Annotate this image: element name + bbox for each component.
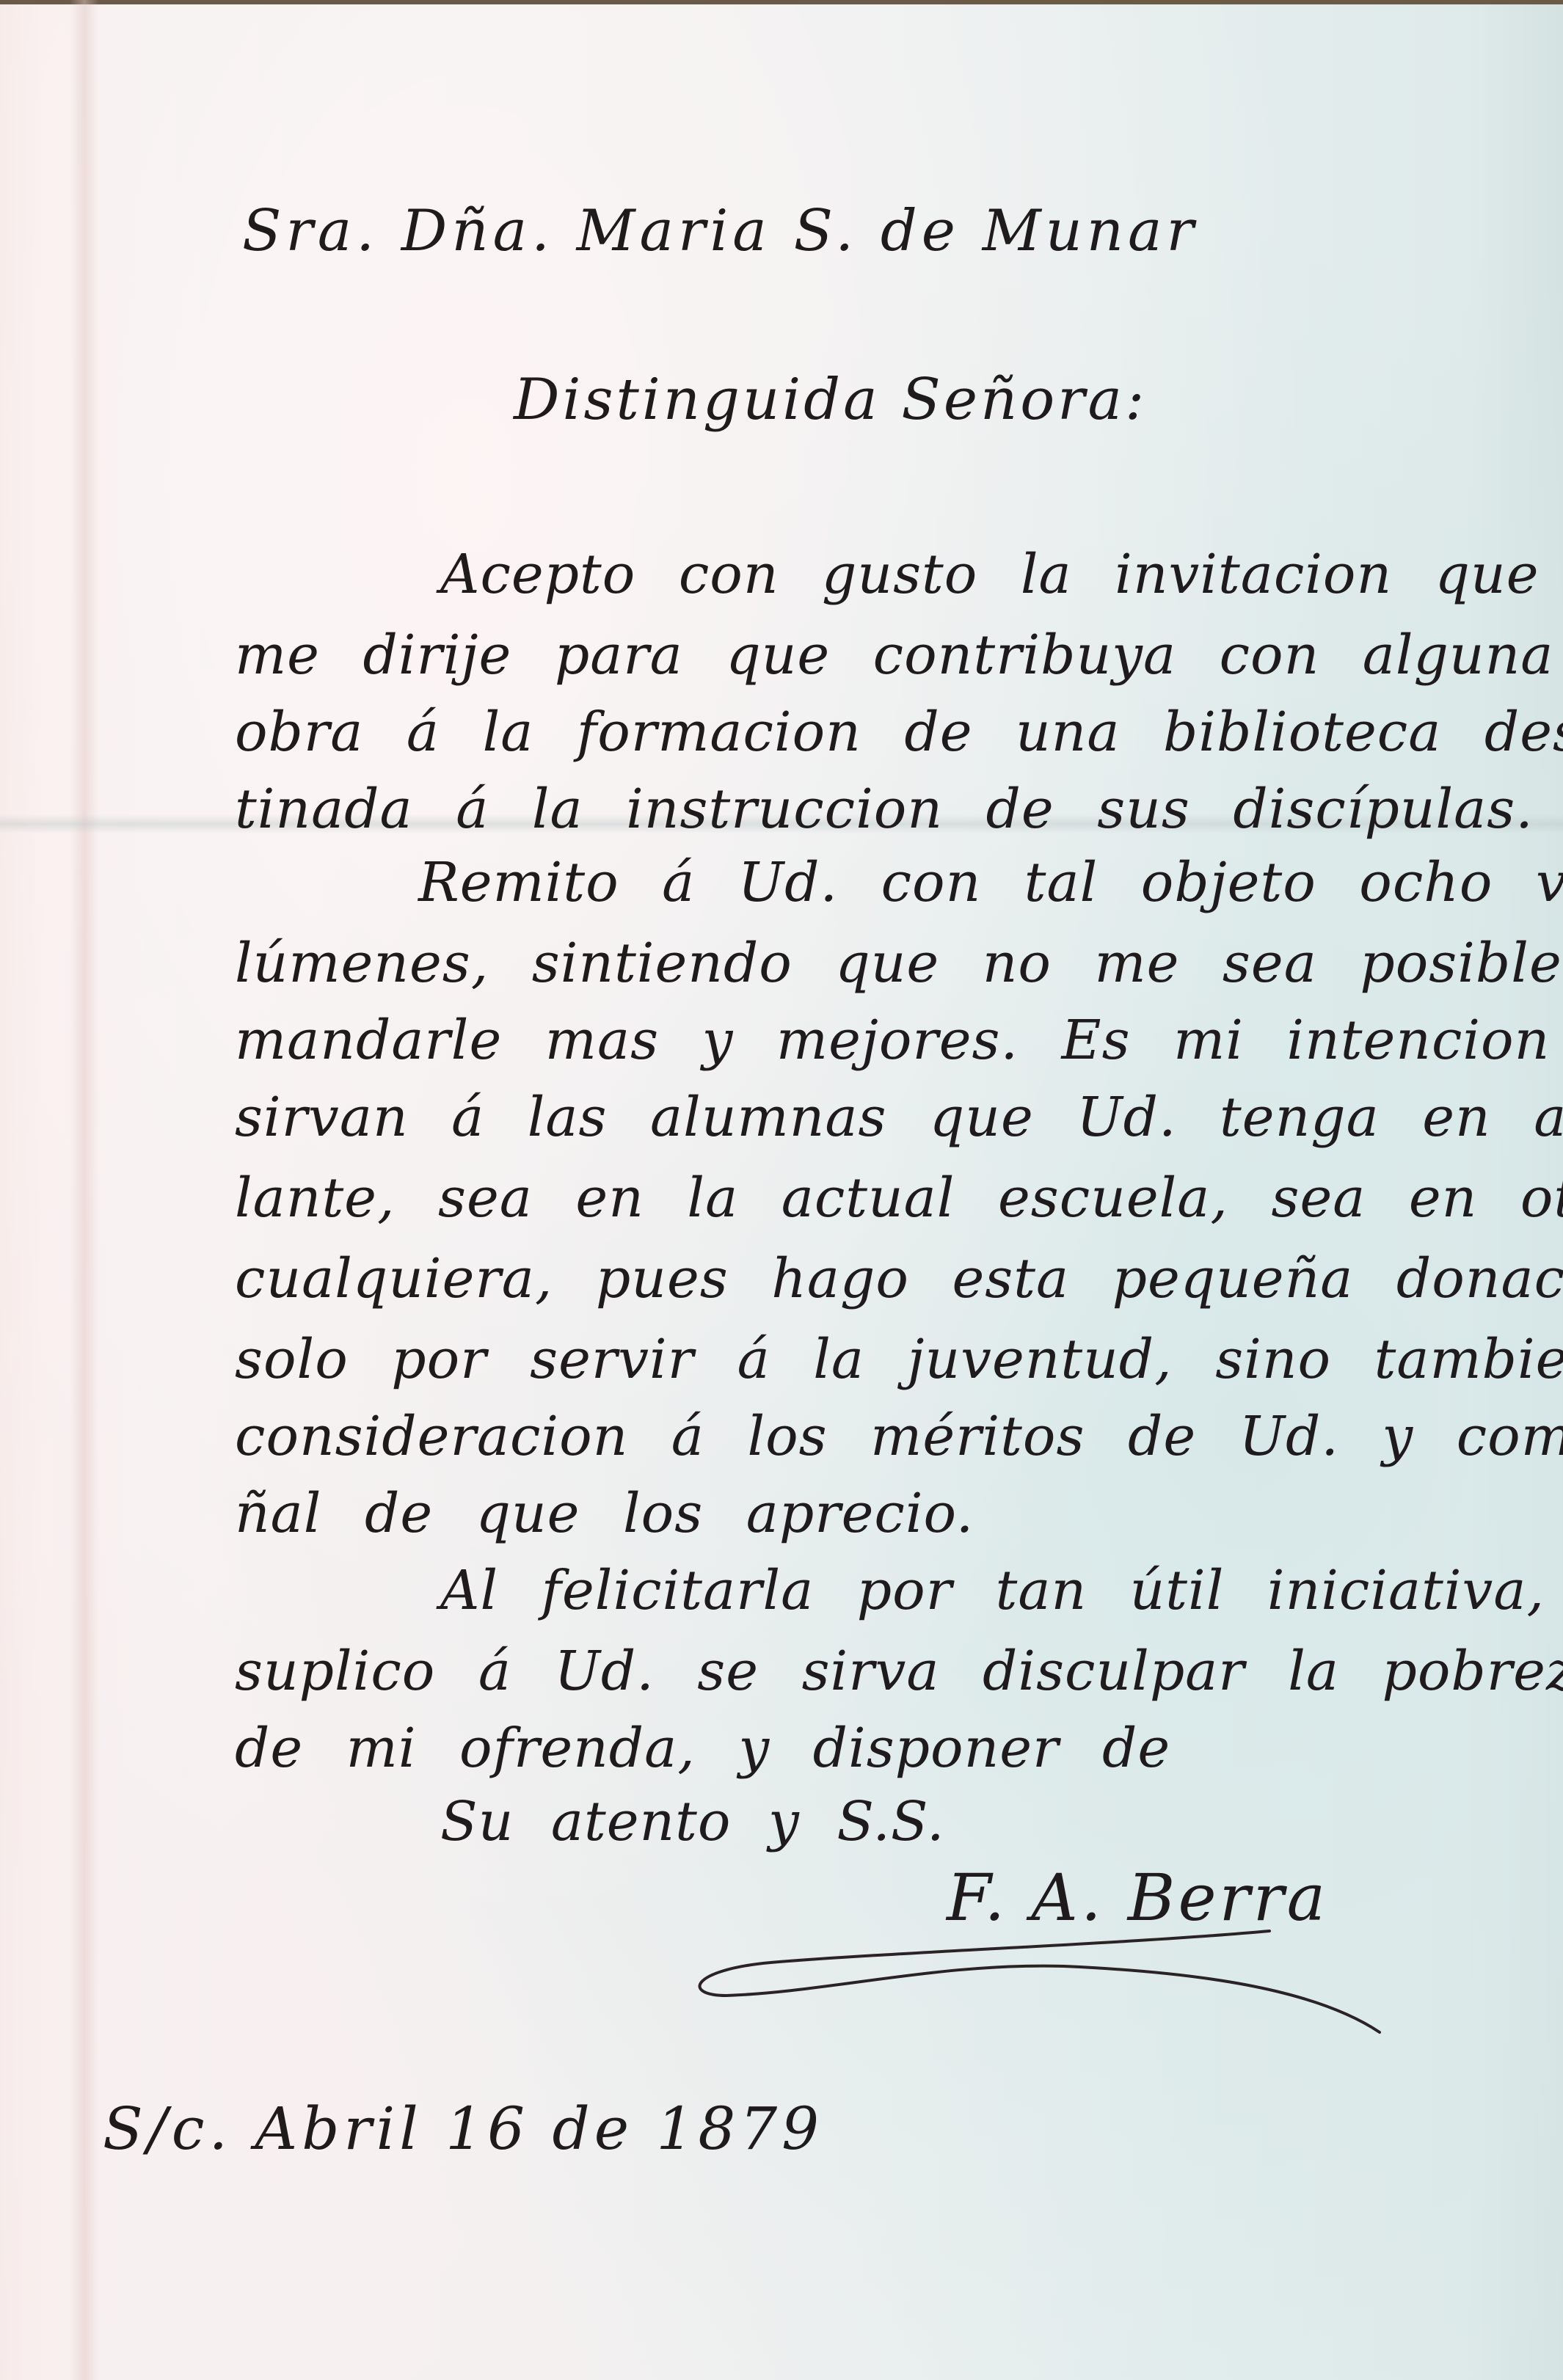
body-line: obra á la formacion de una biblioteca de… [235, 701, 1563, 764]
body-line: cualquiera, pues hago esta pequeña donac… [235, 1247, 1563, 1310]
body-line: Al felicitarla por tan útil iniciativa, [440, 1559, 1545, 1622]
body-line: sirvan á las alumnas que Ud. tenga en ad… [235, 1086, 1563, 1149]
signature-flourish [682, 1922, 1387, 2040]
body-line: lante, sea en la actual escuela, sea en … [235, 1167, 1563, 1230]
body-line: Acepto con gusto la invitacion que Ud. [440, 543, 1563, 606]
body-line: de mi ofrenda, y disponer de [235, 1717, 1170, 1780]
body-line: ñal de que los aprecio. [235, 1482, 974, 1545]
greeting: Distinguida Señora: [514, 367, 1147, 433]
body-line: mandarle mas y mejores. Es mi intencion … [235, 1009, 1563, 1072]
body-line: lúmenes, sintiendo que no me sea posible [235, 932, 1562, 995]
addressee: Sra. Dña. Maria S. de Munar [242, 198, 1198, 264]
body-line: Remito á Ud. con tal objeto ocho vo- [418, 851, 1563, 914]
body-line: tinada á la instruccion de sus discípula… [235, 778, 1534, 841]
letter-sheet: Sra. Dña. Maria S. de Munar Distinguida … [0, 0, 1563, 2380]
closing: Su atento y S.S. [440, 1790, 944, 1853]
body-line: consideracion á los méritos de Ud. y com… [235, 1405, 1563, 1468]
body-line: suplico á Ud. se sirva disculpar la pobr… [235, 1640, 1563, 1703]
paper-fold-vertical [70, 0, 99, 2380]
body-line: solo por servir á la juventud, sino tamb… [235, 1328, 1563, 1391]
paper-top-edge [0, 0, 1563, 4]
dateline: S/c. Abril 16 de 1879 [103, 2095, 823, 2163]
body-line: me dirije para que contribuya con alguna [235, 624, 1553, 687]
